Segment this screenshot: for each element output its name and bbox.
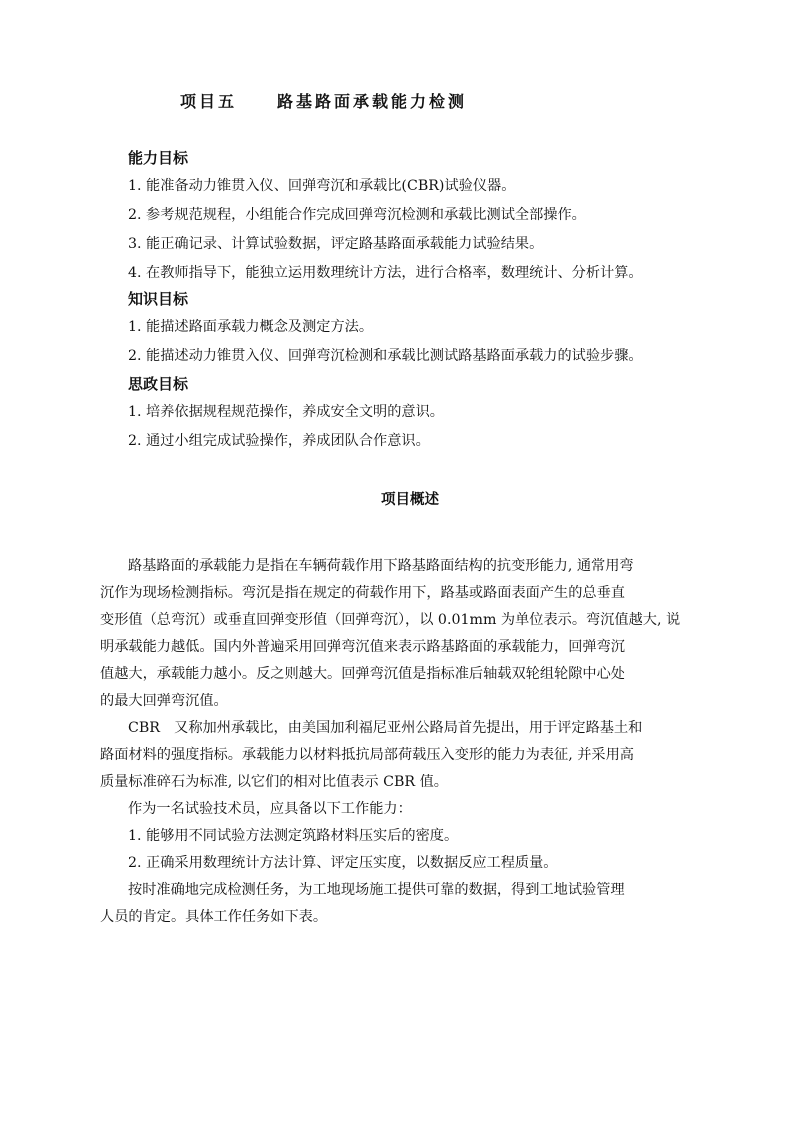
paragraph-line: 路面材料的强度指标。承载能力以材料抵抗局部荷载压入变形的能力为表征, 并采用高 [100,744,634,764]
paragraph-line: 值越大，承载能力越小。反之则越大。回弹弯沉值是指标准后轴载双轮组轮隙中心处 [100,663,625,683]
paragraph-line: 质量标准碎石为标准, 以它们的相对比值表示 CBR 值。 [100,771,448,791]
list-item: 3. 能正确记录、计算试验数据，评定路基路面承载能力试验结果。 [128,233,543,253]
page-title: 项目五路基路面承载能力检测 [180,89,467,112]
list-item: 1. 能描述路面承载力概念及测定方法。 [128,316,373,336]
document-page: 项目五路基路面承载能力检测 能力目标 1. 能准备动力锥贯入仪、回弹弯沉和承载比… [0,0,800,1131]
list-item: 2. 能描述动力锥贯入仪、回弹弯沉检测和承载比测试路基路面承载力的试验步骤。 [128,345,643,365]
list-item: 4. 在教师指导下，能独立运用数理统计方法，进行合格率，数理统计、分析计算。 [128,262,643,282]
paragraph-line: 作为一名试验技术员，应具备以下工作能力： [128,798,412,818]
paragraph-line: 路基路面的承载能力是指在车辆荷载作用下路基路面结构的抗变形能力, 通常用弯 [128,555,634,575]
paragraph-line: 按时准确地完成检测任务，为工地现场施工提供可靠的数据，得到工地试验管理 [128,879,625,899]
paragraph-line: 人员的肯定。具体工作任务如下表。 [100,906,327,926]
paragraph-line: 1. 能够用不同试验方法测定筑路材料压实后的密度。 [128,825,458,845]
list-item: 1. 培养依据规程规范操作，养成安全文明的意识。 [128,401,444,421]
list-item: 1. 能准备动力锥贯入仪、回弹弯沉和承载比(CBR)试验仪器。 [128,175,515,195]
paragraph-line: 变形值（总弯沉）或垂直回弹变形值（回弹弯沉），以 0.01mm 为单位表示。弯沉… [100,609,680,629]
paragraph-line: 沉作为现场检测指标。弯沉是指在规定的荷载作用下，路基或路面表面产生的总垂直 [100,582,625,602]
paragraph-line: CBR 又称加州承载比，由美国加利福尼亚州公路局首先提出，用于评定路基土和 [128,717,642,737]
paragraph-line: 的最大回弹弯沉值。 [100,690,228,710]
paragraph-line: 明承载能力越低。国内外普遍采用回弹弯沉值来表示路基路面的承载能力，回弹弯沉 [100,636,625,656]
overview-heading: 项目概述 [0,488,800,509]
section-heading-ability: 能力目标 [128,147,188,168]
section-heading-ideology: 思政目标 [128,373,188,394]
paragraph-line: 2. 正确采用数理统计方法计算、评定压实度，以数据反应工程质量。 [128,852,558,872]
section-heading-knowledge: 知识目标 [128,288,188,309]
list-item: 2. 通过小组完成试验操作，养成团队合作意识。 [128,430,430,450]
project-name: 路基路面承载能力检测 [277,92,467,111]
project-number: 项目五 [180,92,237,111]
list-item: 2. 参考规范规程，小组能合作完成回弹弯沉检测和承载比测试全部操作。 [128,204,586,224]
